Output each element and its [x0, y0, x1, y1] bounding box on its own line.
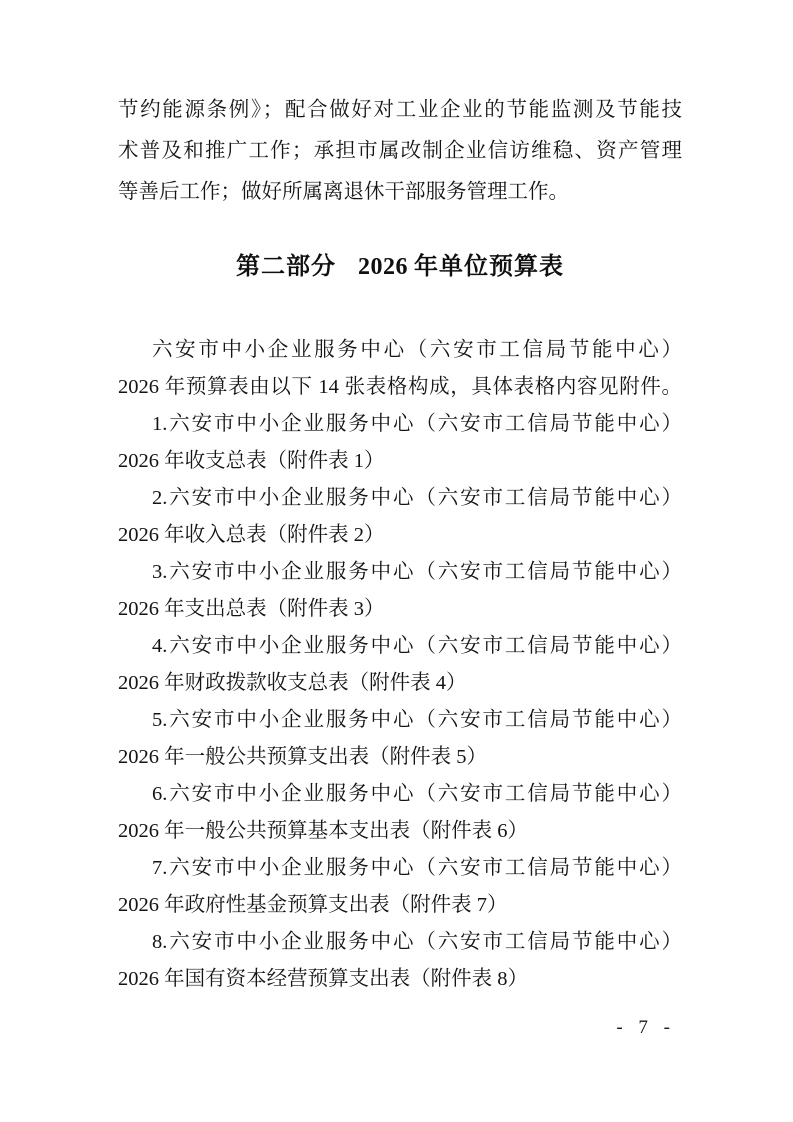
table-item-3-line-2: 2026 年支出总表（附件表 3） [118, 591, 682, 628]
table-item-6-line-2: 2026 年一般公共预算基本支出表（附件表 6） [118, 813, 682, 850]
table-item-2-line-2: 2026 年收入总表（附件表 2） [118, 517, 682, 554]
paragraph-line: 节约能源条例》；配合做好对工业企业的节能监测及节能技 [118, 90, 682, 131]
paragraph-line: 等善后工作；做好所属离退休干部服务管理工作。 [118, 172, 682, 213]
table-item-1-line-2: 2026 年收支总表（附件表 1） [118, 443, 682, 480]
table-item-2-line-1: 2.六安市中小企业服务中心（六安市工信局节能中心） [118, 480, 682, 517]
tables-intro-line: 2026 年预算表由以下 14 张表格构成，具体表格内容见附件。 [118, 369, 682, 406]
table-item-4-line-1: 4.六安市中小企业服务中心（六安市工信局节能中心） [118, 628, 682, 665]
table-item-7-line-2: 2026 年政府性基金预算支出表（附件表 7） [118, 887, 682, 924]
table-item-8-line-2: 2026 年国有资本经营预算支出表（附件表 8） [118, 961, 682, 998]
document-page: 节约能源条例》；配合做好对工业企业的节能监测及节能技 术普及和推广工作；承担市属… [0, 0, 793, 1122]
section-heading-suffix: 年单位预算表 [414, 253, 564, 280]
table-item-4-line-2: 2026 年财政拨款收支总表（附件表 4） [118, 665, 682, 702]
tables-intro-line: 六安市中小企业服务中心（六安市工信局节能中心） [118, 332, 682, 369]
table-item-1-line-1: 1.六安市中小企业服务中心（六安市工信局节能中心） [118, 406, 682, 443]
table-item-5-line-2: 2026 年一般公共预算支出表（附件表 5） [118, 739, 682, 776]
table-item-8-line-1: 8.六安市中小企业服务中心（六安市工信局节能中心） [118, 924, 682, 961]
page-number: - 7 - [616, 1016, 673, 1040]
table-item-6-line-1: 6.六安市中小企业服务中心（六安市工信局节能中心） [118, 776, 682, 813]
section-heading: 第二部分2026年单位预算表 [118, 247, 682, 287]
table-item-3-line-1: 3.六安市中小企业服务中心（六安市工信局节能中心） [118, 554, 682, 591]
table-item-5-line-1: 5.六安市中小企业服务中心（六安市工信局节能中心） [118, 702, 682, 739]
section-heading-year: 2026 [358, 254, 408, 280]
opening-paragraph: 节约能源条例》；配合做好对工业企业的节能监测及节能技 术普及和推广工作；承担市属… [118, 90, 682, 213]
tables-list-section: 六安市中小企业服务中心（六安市工信局节能中心） 2026 年预算表由以下 14 … [118, 332, 682, 998]
table-item-7-line-1: 7.六安市中小企业服务中心（六安市工信局节能中心） [118, 850, 682, 887]
paragraph-line: 术普及和推广工作；承担市属改制企业信访维稳、资产管理 [118, 131, 682, 172]
section-heading-part: 第二部分 [236, 253, 336, 280]
